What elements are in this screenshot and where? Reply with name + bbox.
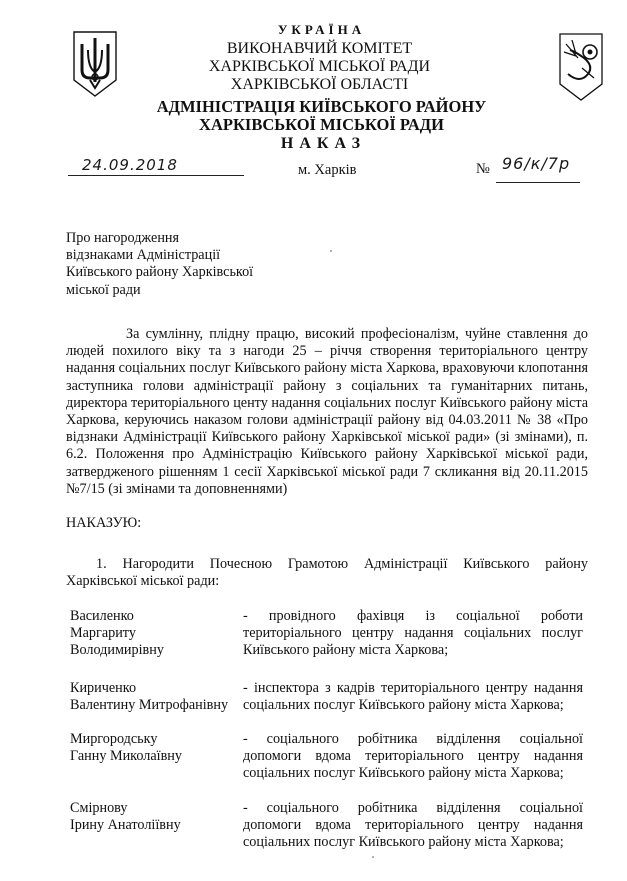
number-underline (496, 182, 580, 183)
subject-line: відзнаками Адміністрації (66, 247, 253, 264)
awardee-name-line: Ірину Анатоліївну (70, 817, 240, 834)
subject-line: міської ради (66, 282, 253, 299)
awardee-name-line: Смірнову (70, 800, 240, 817)
awardee-row: Василенко Маргариту Володимирівну - пров… (70, 608, 590, 662)
preamble-paragraph: За сумлінну, плідну працю, високий профе… (66, 326, 588, 498)
subject-line: Київського району Харківської (66, 264, 253, 281)
awardee-description: - інспектора з кадрів територіального це… (243, 680, 583, 714)
executive-committee-line-3: ХАРКІВСЬКОЇ ОБЛАСТІ (6, 76, 627, 94)
awardee-name: Василенко Маргариту Володимирівну (70, 608, 240, 660)
order-subject: Про нагородження відзнаками Адміністраці… (66, 230, 253, 299)
awardee-name-line: Миргородську (70, 731, 240, 748)
awardee-name: Кириченко Валентину Митрофанівну (70, 680, 240, 714)
awardee-row: Кириченко Валентину Митрофанівну - інспе… (70, 680, 590, 716)
awardee-description: - соціального робітника відділення соціа… (243, 800, 583, 852)
awardee-description: - провідного фахівця із соціальної робот… (243, 608, 583, 660)
document-type-heading: НАКАЗ (10, 135, 627, 153)
awardee-name-line: Ганну Миколаївну (70, 748, 240, 765)
order-number: 96/к/7р (502, 154, 570, 173)
scan-speck (372, 856, 374, 858)
awardee-name-line: Володимирівну (70, 642, 240, 659)
awardee-name-line: Василенко (70, 608, 240, 625)
order-item-1: 1. Нагородити Почесною Грамотою Адмініст… (66, 556, 588, 590)
awardee-row: Смірнову Ірину Анатоліївну - соціального… (70, 800, 590, 854)
order-date: 24.09.2018 (82, 156, 178, 174)
date-underline (68, 175, 244, 176)
scan-speck (330, 250, 332, 252)
administration-line-2: ХАРКІВСЬКОЇ МІСЬКОЇ РАДИ (8, 116, 627, 134)
administration-line-1: АДМІНІСТРАЦІЯ КИЇВСЬКОГО РАЙОНУ (8, 98, 627, 116)
subject-line: Про нагородження (66, 230, 253, 247)
awardee-name: Смірнову Ірину Анатоліївну (70, 800, 240, 834)
preamble-text: За сумлінну, плідну працю, високий профе… (66, 326, 588, 498)
awardee-name: Миргородську Ганну Миколаївну (70, 731, 240, 765)
order-word: НАКАЗУЮ: (66, 515, 141, 532)
awardee-row: Миргородську Ганну Миколаївну - соціальн… (70, 731, 590, 785)
awardee-name-line: Маргариту (70, 625, 240, 642)
executive-committee-line-2: ХАРКІВСЬКОЇ МІСЬКОЇ РАДИ (6, 58, 627, 76)
executive-committee-line-1: ВИКОНАВЧИЙ КОМІТЕТ (6, 40, 627, 58)
city-label: м. Харків (298, 162, 357, 179)
awardee-name-line: Валентину Митрофанівну (70, 697, 240, 714)
order-item-1-text: 1. Нагородити Почесною Грамотою Адмініст… (66, 556, 588, 590)
number-label: № (476, 161, 490, 178)
country-heading: УКРАЇНА (8, 22, 627, 38)
awardee-description: - соціального робітника відділення соціа… (243, 731, 583, 783)
awardee-name-line: Кириченко (70, 680, 240, 697)
